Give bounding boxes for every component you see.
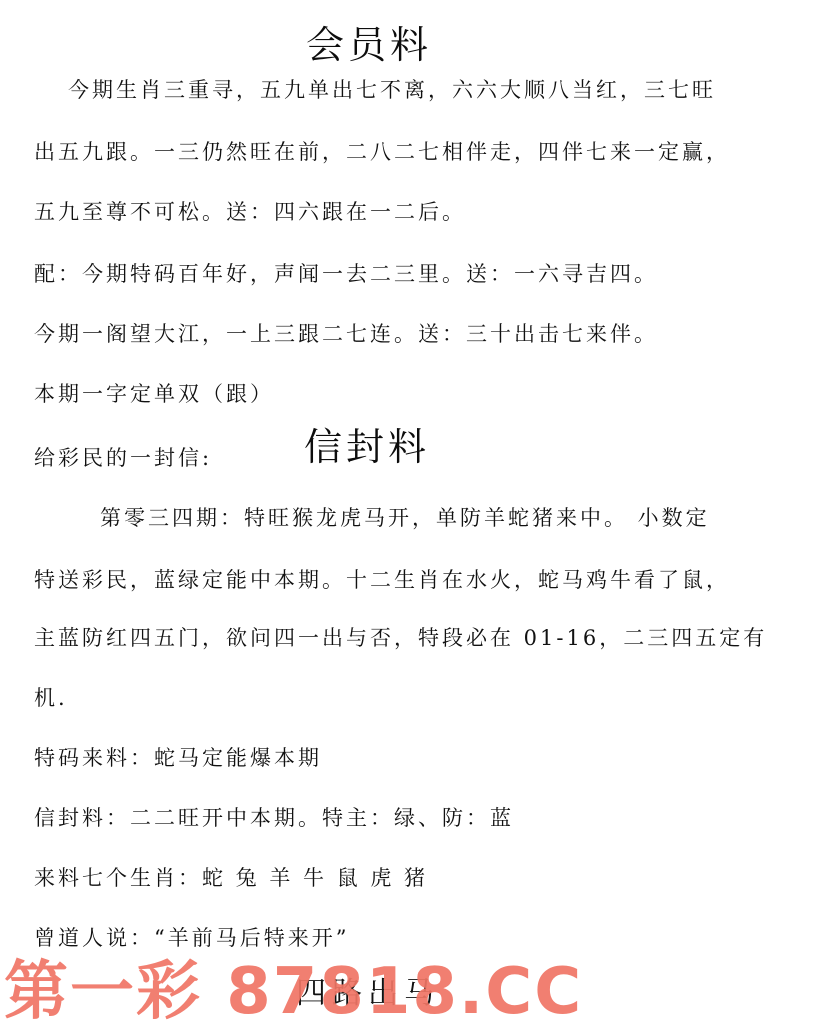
seven-zodiacs-line: 来料七个生肖：蛇 兔 羊 牛 鼠 虎 猪	[34, 862, 428, 892]
letter-intro-label: 给彩民的一封信:	[34, 442, 212, 472]
letter-paragraph-line-1: 第零三四期：特旺猴龙虎马开，单防羊蛇猪来中。 小数定	[100, 502, 710, 532]
member-section-title: 会员料	[306, 14, 432, 69]
member-line-2: 出五九跟。一三仍然旺在前，二八二七相伴走，四伴七来一定赢，	[34, 136, 730, 166]
member-line-1: 今期生肖三重寻，五九单出七不离，六六大顺八当红，三七旺	[68, 74, 716, 104]
special-code-line: 特码来料：蛇马定能爆本期	[34, 742, 322, 772]
letter-paragraph-line-4: 机.	[34, 682, 68, 712]
envelope-info-line: 信封料：二二旺开中本期。特主：绿、防：蓝	[34, 802, 514, 832]
member-line-3: 五九至尊不可松。送：四六跟在一二后。	[34, 196, 466, 226]
letter-paragraph-line-2: 特送彩民，蓝绿定能中本期。十二生肖在水火，蛇马鸡牛看了鼠，	[34, 564, 730, 594]
letter-section-title: 信封料	[304, 416, 430, 471]
site-watermark: 第一彩 87818.CC	[4, 940, 583, 1024]
member-line-4: 配：今期特码百年好，声闻一去二三里。送：一六寻吉四。	[34, 258, 658, 288]
letter-paragraph-line-3: 主蓝防红四五门，欲问四一出与否，特段必在 01-16，二三四五定有	[34, 622, 767, 652]
member-line-5: 今期一阁望大江，一上三跟二七连。送：三十出击七来伴。	[34, 318, 658, 348]
member-line-6: 本期一字定单双（跟）	[34, 378, 274, 408]
